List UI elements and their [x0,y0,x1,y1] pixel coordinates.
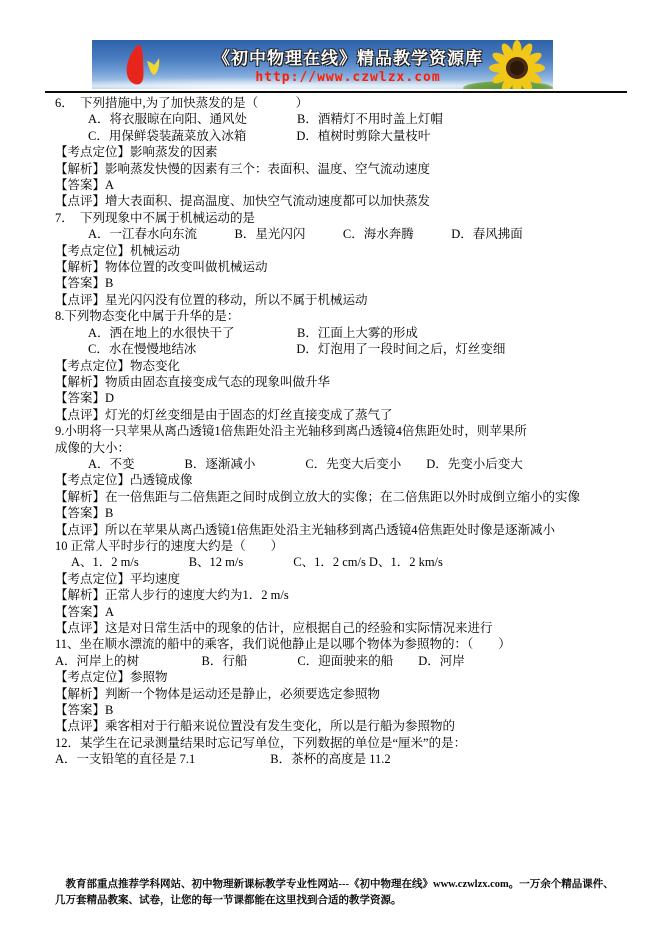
tag-kaodian: 【考点定位】机械运动 [55,243,613,259]
tag-label: 【答案】 [55,506,105,520]
question-options: A．河岸上的树 B．行船 C．迎面驶来的船 D．河岸 [55,653,613,669]
tag-jiexi: 【解析】正常人步行的速度大约为1．2 m/s [55,587,613,603]
tag-daan: 【答案】D [55,390,613,406]
tag-label: 【考点定位】 [55,572,130,586]
tag-label: 【点评】 [55,719,105,733]
question-stem: 11、坐在顺水漂流的船中的乘客，我们说他静止是以哪个物体为参照物的：（ ） [55,636,613,652]
tag-label: 【答案】 [55,703,105,717]
question-stem: 6． 下列措施中,为了加快蒸发的是（ ） [55,95,613,111]
tag-content: 影响蒸发快慢的因素有三个：表面积、温度、空气流动速度 [105,162,430,176]
question-options: A．将衣服晾在向阳、通风处 B．酒精灯不用时盖上灯帽 [55,111,613,127]
question-block-11: 11、坐在顺水漂流的船中的乘客，我们说他静止是以哪个物体为参照物的：（ ）A．河… [55,636,613,734]
tag-jiexi: 【解析】在一倍焦距与二倍焦距之间时成倒立放大的实像；在二倍焦距以外时成倒立缩小的… [55,489,613,505]
tag-content: 这是对日常生活中的现象的估计，应根据自己的经验和实际情况来进行 [105,621,493,635]
tag-content: 平均速度 [130,572,180,586]
document-body: 6． 下列措施中,为了加快蒸发的是（ ）A．将衣服晾在向阳、通风处 B．酒精灯不… [55,95,613,768]
tag-content: 所以在苹果从离凸透镜1倍焦距处沿主光轴移到离凸透镜4倍焦距处时像是逐渐减小 [105,523,555,537]
tag-label: 【点评】 [55,194,105,208]
question-block-9: 9.小明将一只苹果从离凸透镜1倍焦距处沿主光轴移到离凸透镜4倍焦距处时，则苹果所… [55,423,613,538]
question-stem: 8.下列物态变化中属于升华的是： [55,308,613,324]
tag-content: 正常人步行的速度大约为1．2 m/s [105,588,289,602]
tag-content: A [105,178,114,192]
question-stem: 7． 下列现象中不属于机械运动的是 [55,210,613,226]
question-stem: 9.小明将一只苹果从离凸透镜1倍焦距处沿主光轴移到离凸透镜4倍焦距处时，则苹果所 [55,423,613,439]
tag-dianping: 【点评】这是对日常生活中的现象的估计，应根据自己的经验和实际情况来进行 [55,620,613,636]
tag-dianping: 【点评】增大表面积、提高温度、加快空气流动速度都可以加快蒸发 [55,193,613,209]
question-block-8: 8.下列物态变化中属于升华的是：A．洒在地上的水很快干了 B．江面上大雾的形成C… [55,308,613,423]
tag-jiexi: 【解析】影响蒸发快慢的因素有三个：表面积、温度、空气流动速度 [55,161,613,177]
tag-dianping: 【点评】乘客相对于行船来说位置没有发生变化，所以是行船为参照物的 [55,718,613,734]
tag-label: 【解析】 [55,588,105,602]
tag-daan: 【答案】B [55,702,613,718]
tag-content: 参照物 [130,670,168,684]
tag-jiexi: 【解析】判断一个物体是运动还是静止，必须要选定参照物 [55,686,613,702]
tag-daan: 【答案】B [55,275,613,291]
banner-text-block: 《初中物理在线》精品教学资源库 http://www.czwlzx.com [188,44,508,85]
question-options: A．洒在地上的水很快干了 B．江面上大雾的形成 [55,325,613,341]
question-block-7: 7． 下列现象中不属于机械运动的是A．一江春水向东流 B．星光闪闪 C．海水奔腾… [55,210,613,308]
document-page: 《初中物理在线》精品教学资源库 http://www.czwlzx.com [0,0,661,936]
tag-content: 乘客相对于行船来说位置没有发生变化，所以是行船为参照物的 [105,719,455,733]
tag-content: B [105,276,113,290]
tag-label: 【考点定位】 [55,473,130,487]
tag-label: 【考点定位】 [55,145,130,159]
tag-content: 星光闪闪没有位置的移动，所以不属于机械运动 [105,293,368,307]
tag-kaodian: 【考点定位】参照物 [55,669,613,685]
tag-content: D [105,391,114,405]
question-block-10: 10 正常人平时步行的速度大约是（ ）A、1．2 m/s B、12 m/s C、… [55,538,613,636]
tag-kaodian: 【考点定位】影响蒸发的因素 [55,144,613,160]
tag-label: 【点评】 [55,621,105,635]
tag-daan: 【答案】A [55,177,613,193]
tag-content: 凸透镜成像 [130,473,193,487]
tag-daan: 【答案】A [55,604,613,620]
tag-kaodian: 【考点定位】物态变化 [55,358,613,374]
tag-label: 【点评】 [55,293,105,307]
tag-label: 【考点定位】 [55,670,130,684]
footer-text: 教育部重点推荐学科网站、初中物理新课标教学专业性网站---《初中物理在线》www… [55,879,614,906]
tag-label: 【答案】 [55,605,105,619]
question-block-6: 6． 下列措施中,为了加快蒸发的是（ ）A．将衣服晾在向阳、通风处 B．酒精灯不… [55,95,613,210]
question-stem: 成像的大小： [55,440,613,456]
sunflower-icon [489,40,551,89]
question-options: A．一江春水向东流 B．星光闪闪 C．海水奔腾 D．春风拂面 [55,226,613,242]
tag-kaodian: 【考点定位】凸透镜成像 [55,472,613,488]
tag-label: 【点评】 [55,523,105,537]
site-logo-icon [114,41,172,89]
tag-label: 【点评】 [55,408,105,422]
tag-content: B [105,506,113,520]
tag-content: B [105,703,113,717]
tag-dianping: 【点评】所以在苹果从离凸透镜1倍焦距处沿主光轴移到离凸透镜4倍焦距处时像是逐渐减… [55,522,613,538]
question-block-12: 12．某学生在记录测量结果时忘记写单位，下列数据的单位是“厘米”的是：A．一支铅… [55,735,613,768]
banner-title: 《初中物理在线》精品教学资源库 [188,44,508,69]
tag-content: 物体位置的改变叫做机械运动 [105,260,268,274]
tag-label: 【考点定位】 [55,244,130,258]
banner-url-link[interactable]: http://www.czwlzx.com [188,70,508,85]
tag-jiexi: 【解析】物质由固态直接变成气态的现象叫做升华 [55,374,613,390]
tag-content: A [105,605,114,619]
tag-label: 【答案】 [55,391,105,405]
tag-dianping: 【点评】星光闪闪没有位置的移动，所以不属于机械运动 [55,292,613,308]
tag-label: 【答案】 [55,276,105,290]
tag-daan: 【答案】B [55,505,613,521]
question-options: A、1．2 m/s B、12 m/s C、1．2 cm/s D、1．2 km/s [55,554,613,570]
tag-content: 物态变化 [130,359,180,373]
header-banner: 《初中物理在线》精品教学资源库 http://www.czwlzx.com [92,40,553,89]
question-stem: 12．某学生在记录测量结果时忘记写单位，下列数据的单位是“厘米”的是： [55,735,613,751]
question-options: C．用保鲜袋装蔬菜放入冰箱 D．植树时剪除大量枝叶 [55,128,613,144]
tag-content: 判断一个物体是运动还是静止，必须要选定参照物 [105,687,380,701]
question-stem: 10 正常人平时步行的速度大约是（ ） [55,538,613,554]
question-options: C．水在慢慢地结冰 D．灯泡用了一段时间之后，灯丝变细 [55,341,613,357]
tag-label: 【解析】 [55,260,105,274]
tag-content: 物质由固态直接变成气态的现象叫做升华 [105,375,330,389]
tag-label: 【解析】 [55,162,105,176]
tag-kaodian: 【考点定位】平均速度 [55,571,613,587]
tag-label: 【解析】 [55,490,105,504]
question-options: A．不变 B．逐渐减小 C．先变大后变小 D．先变小后变大 [55,456,613,472]
tag-content: 增大表面积、提高温度、加快空气流动速度都可以加快蒸发 [105,194,430,208]
tag-label: 【考点定位】 [55,359,130,373]
tag-jiexi: 【解析】物体位置的改变叫做机械运动 [55,259,613,275]
tag-label: 【答案】 [55,178,105,192]
page-footer: 教育部重点推荐学科网站、初中物理新课标教学专业性网站---《初中物理在线》www… [55,861,617,925]
header-divider [45,91,627,93]
question-options: A．一支铅笔的直径是 7.1 B．茶杯的高度是 11.2 [55,751,613,767]
tag-content: 灯光的灯丝变细是由于固态的灯丝直接变成了蒸气了 [105,408,393,422]
tag-label: 【解析】 [55,375,105,389]
tag-content: 影响蒸发的因素 [130,145,218,159]
tag-content: 机械运动 [130,244,180,258]
tag-label: 【解析】 [55,687,105,701]
tag-content: 在一倍焦距与二倍焦距之间时成倒立放大的实像；在二倍焦距以外时成倒立缩小的实像 [105,490,580,504]
tag-dianping: 【点评】灯光的灯丝变细是由于固态的灯丝直接变成了蒸气了 [55,407,613,423]
